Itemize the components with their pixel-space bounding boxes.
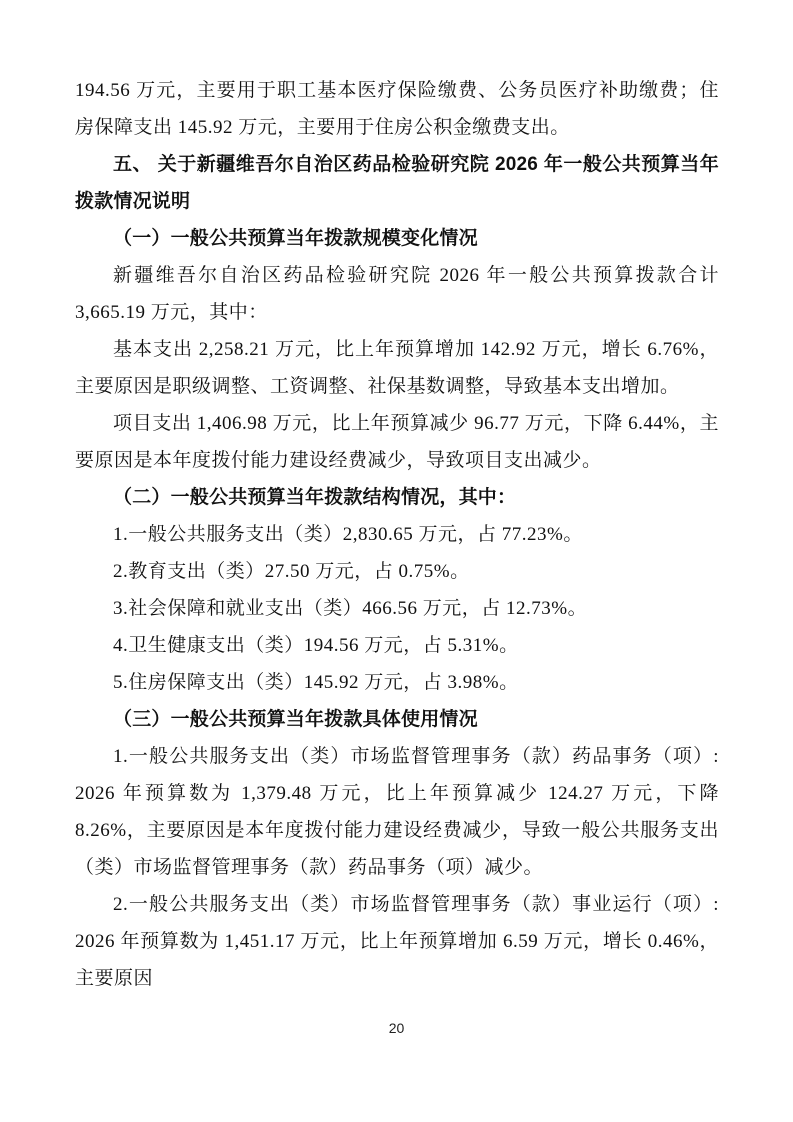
paragraph-item-2-institution-operation: 2.一般公共服务支出（类）市场监督管理事务（款）事业运行（项）: 2026 年预… xyxy=(75,886,719,997)
document-body: 194.56 万元，主要用于职工基本医疗保险缴费、公务员医疗补助缴费；住房保障支… xyxy=(75,72,719,997)
list-item-2-education: 2.教育支出（类）27.50 万元，占 0.75%。 xyxy=(75,553,719,590)
paragraph-project-expenditure: 项目支出 1,406.98 万元，比上年预算减少 96.77 万元，下降 6.4… xyxy=(75,405,719,479)
page-number: 20 xyxy=(0,1020,793,1036)
paragraph-health-housing-continuation: 194.56 万元，主要用于职工基本医疗保险缴费、公务员医疗补助缴费；住房保障支… xyxy=(75,72,719,146)
list-item-1-general-public-services: 1.一般公共服务支出（类）2,830.65 万元，占 77.23%。 xyxy=(75,516,719,553)
heading-section-5-appropriation-notes: 五、 关于新疆维吾尔自治区药品检验研究院 2026 年一般公共预算当年拨款情况说… xyxy=(75,146,719,220)
paragraph-basic-expenditure: 基本支出 2,258.21 万元，比上年预算增加 142.92 万元，增长 6.… xyxy=(75,331,719,405)
list-item-5-housing-security: 5.住房保障支出（类）145.92 万元，占 3.98%。 xyxy=(75,664,719,701)
paragraph-item-1-drug-affairs: 1.一般公共服务支出（类）市场监督管理事务（款）药品事务（项）: 2026 年预… xyxy=(75,738,719,886)
list-item-4-health: 4.卫生健康支出（类）194.56 万元，占 5.31%。 xyxy=(75,627,719,664)
heading-subsection-2-structure: （二）一般公共预算当年拨款结构情况，其中： xyxy=(75,479,719,516)
heading-subsection-3-specific-usage: （三）一般公共预算当年拨款具体使用情况 xyxy=(75,701,719,738)
heading-subsection-1-scale-change: （一）一般公共预算当年拨款规模变化情况 xyxy=(75,220,719,257)
paragraph-total-allocation: 新疆维吾尔自治区药品检验研究院 2026 年一般公共预算拨款合计 3,665.1… xyxy=(75,257,719,331)
list-item-3-social-security-employment: 3.社会保障和就业支出（类）466.56 万元，占 12.73%。 xyxy=(75,590,719,627)
document-page: 194.56 万元，主要用于职工基本医疗保险缴费、公务员医疗补助缴费；住房保障支… xyxy=(0,0,793,1122)
